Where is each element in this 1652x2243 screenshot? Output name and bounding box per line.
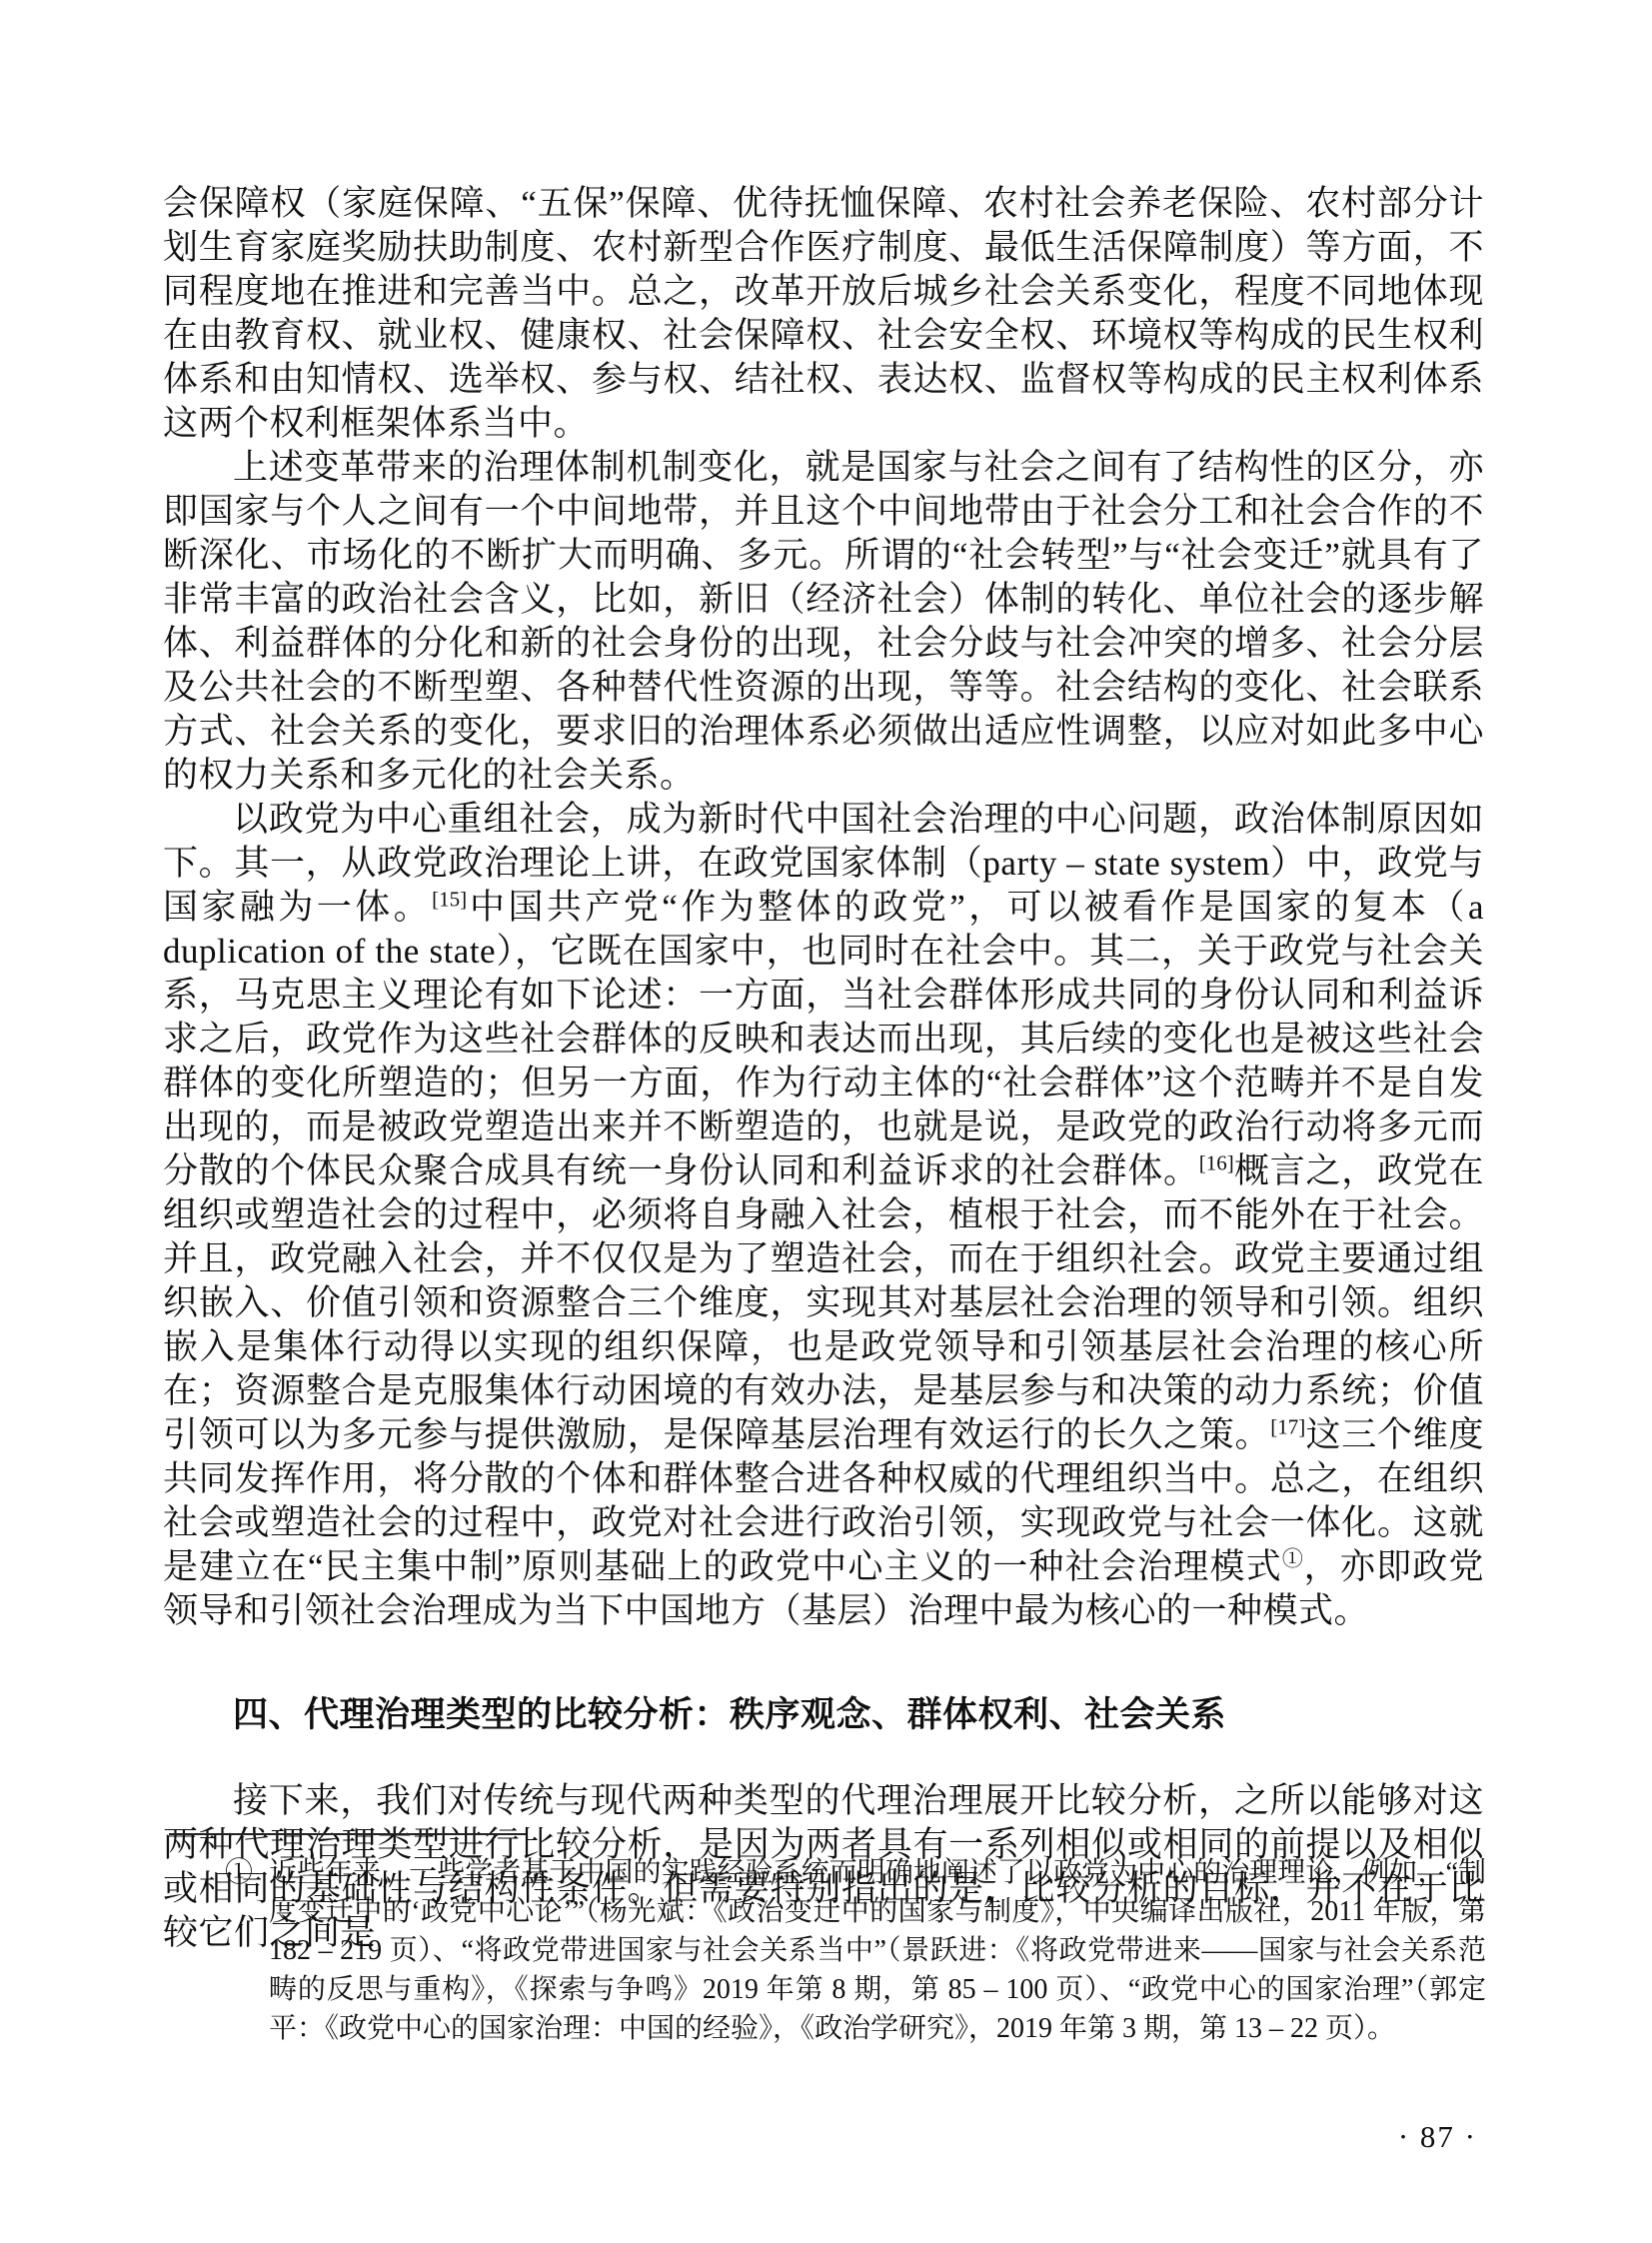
- footnote-area: ① 近些年来，一些学者基于中国的实践经验系统而明确地阐述了以政党为中心的治理理论…: [163, 1833, 1484, 2048]
- body-paragraph-3: 以政党为中心重组社会，成为新时代中国社会治理的中心问题，政治体制原因如下。其一，…: [163, 798, 1484, 1633]
- section-heading: 四、代理治理类型的比较分析：秩序观念、群体权利、社会关系: [163, 1693, 1484, 1737]
- footnote-text: 近些年来，一些学者基于中国的实践经验系统而明确地阐述了以政党为中心的治理理论，例…: [269, 1853, 1486, 2048]
- content-area: 会保障权（家庭保障、“五保”保障、优待抚恤保障、农村社会养老保险、农村部分计划生…: [163, 182, 1484, 1955]
- page-number: · 87 ·: [1398, 2117, 1477, 2157]
- paper-page: 会保障权（家庭保障、“五保”保障、优待抚恤保障、农村社会养老保险、农村部分计划生…: [0, 0, 1652, 2243]
- footnote-divider: [169, 1833, 526, 1835]
- footnote: ① 近些年来，一些学者基于中国的实践经验系统而明确地阐述了以政党为中心的治理理论…: [225, 1853, 1486, 2048]
- body-paragraph-2: 上述变革带来的治理体制机制变化，就是国家与社会之间有了结构性的区分，亦即国家与个…: [163, 446, 1484, 798]
- body-paragraph-continuation: 会保障权（家庭保障、“五保”保障、优待抚恤保障、农村社会养老保险、农村部分计划生…: [163, 182, 1484, 446]
- footnote-marker: ①: [225, 1853, 269, 2048]
